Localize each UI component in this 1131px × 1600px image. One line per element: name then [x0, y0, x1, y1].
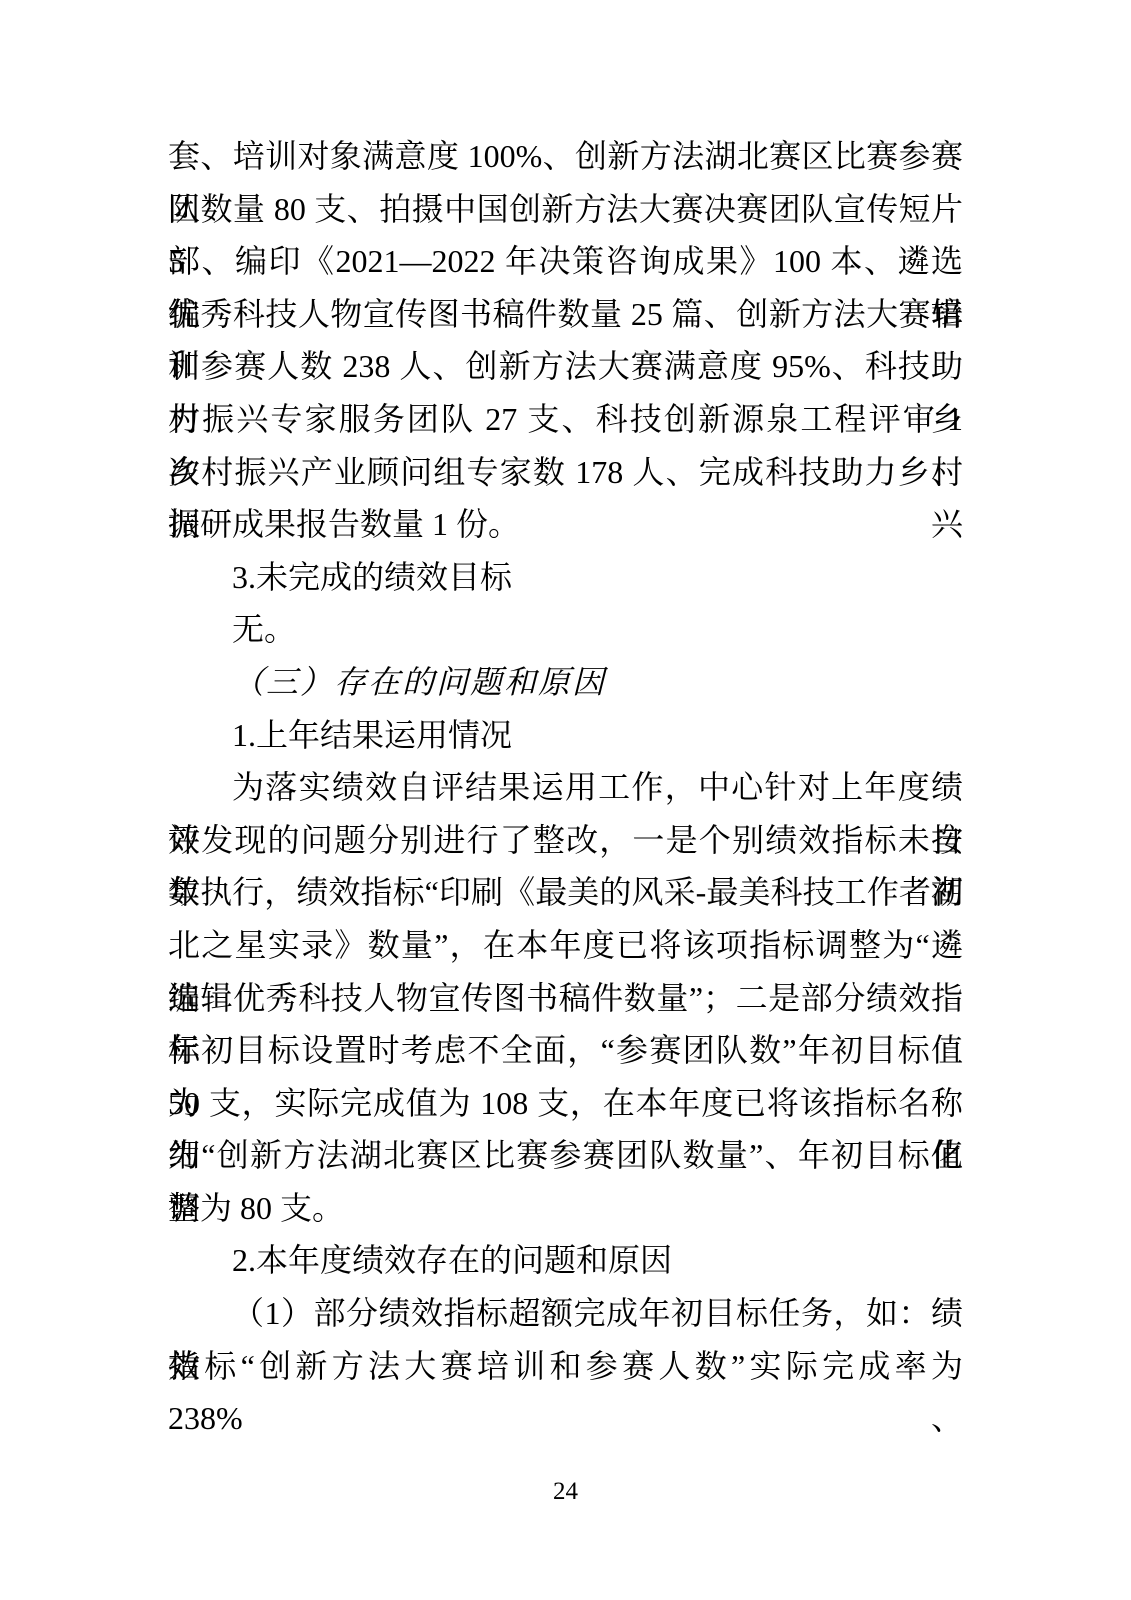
text-line: 为落实绩效自评结果运用工作，中心针对上年度绩效自: [168, 761, 963, 814]
text-line: 套、培训对象满意度 100%、创新方法湖北赛区比赛参赛团: [168, 130, 963, 183]
text-line: 部、编印《2021—2022 年决策咨询成果》100 本、遴选编辑: [168, 235, 963, 288]
text-line: 为“创新方法湖北赛区比赛参赛团队数量”、年初目标值调: [168, 1129, 963, 1182]
text-line: 1.上年结果运用情况: [168, 709, 963, 762]
text-line: 整为 80 支。: [168, 1182, 963, 1235]
text-line: 3.未完成的绩效目标: [168, 551, 963, 604]
text-line: 50 支，实际完成值为 108 支，在本年度已将该指标名称细化: [168, 1077, 963, 1130]
text-line: 数执行，绩效指标“印刷《最美的风采-最美科技工作者湖: [168, 866, 963, 919]
text-line: 编辑优秀科技人物宣传图书稿件数量”；二是部分绩效指标: [168, 972, 963, 1025]
text-line: 指标“创新方法大赛培训和参赛人数”实际完成率为 238%、: [168, 1340, 963, 1393]
text-line: 优秀科技人物宣传图书稿件数量 25 篇、创新方法大赛培训: [168, 288, 963, 341]
document-page: 套、培训对象满意度 100%、创新方法湖北赛区比赛参赛团队数量 80 支、拍摄中…: [0, 0, 1131, 1600]
text-line: 队数量 80 支、拍摄中国创新方法大赛决赛团队宣传短片 5: [168, 183, 963, 236]
text-block: 套、培训对象满意度 100%、创新方法湖北赛区比赛参赛团队数量 80 支、拍摄中…: [168, 130, 963, 1392]
text-line: 和参赛人数 238 人、创新方法大赛满意度 95%、科技助力乡: [168, 340, 963, 393]
text-line: 村振兴专家服务团队 27 支、科技创新源泉工程评审 1 次、: [168, 393, 963, 446]
text-line: 评发现的问题分别进行了整改，一是个别绩效指标未按年初: [168, 814, 963, 867]
section-heading-line: （三）存在的问题和原因: [168, 656, 963, 709]
text-line: 无。: [168, 603, 963, 656]
page-footer: 24: [0, 1478, 1131, 1506]
text-line: 年初目标设置时考虑不全面，“参赛团队数”年初目标值为: [168, 1024, 963, 1077]
text-line: （1）部分绩效指标超额完成年初目标任务，如：绩效: [168, 1287, 963, 1340]
text-line: 2.本年度绩效存在的问题和原因: [168, 1234, 963, 1287]
text-line: 北之星实录》数量”，在本年度已将该项指标调整为“遴选: [168, 919, 963, 972]
text-line: 乡村振兴产业顾问组专家数 178 人、完成科技助力乡村振兴: [168, 446, 963, 499]
page-number: 24: [553, 1478, 578, 1505]
